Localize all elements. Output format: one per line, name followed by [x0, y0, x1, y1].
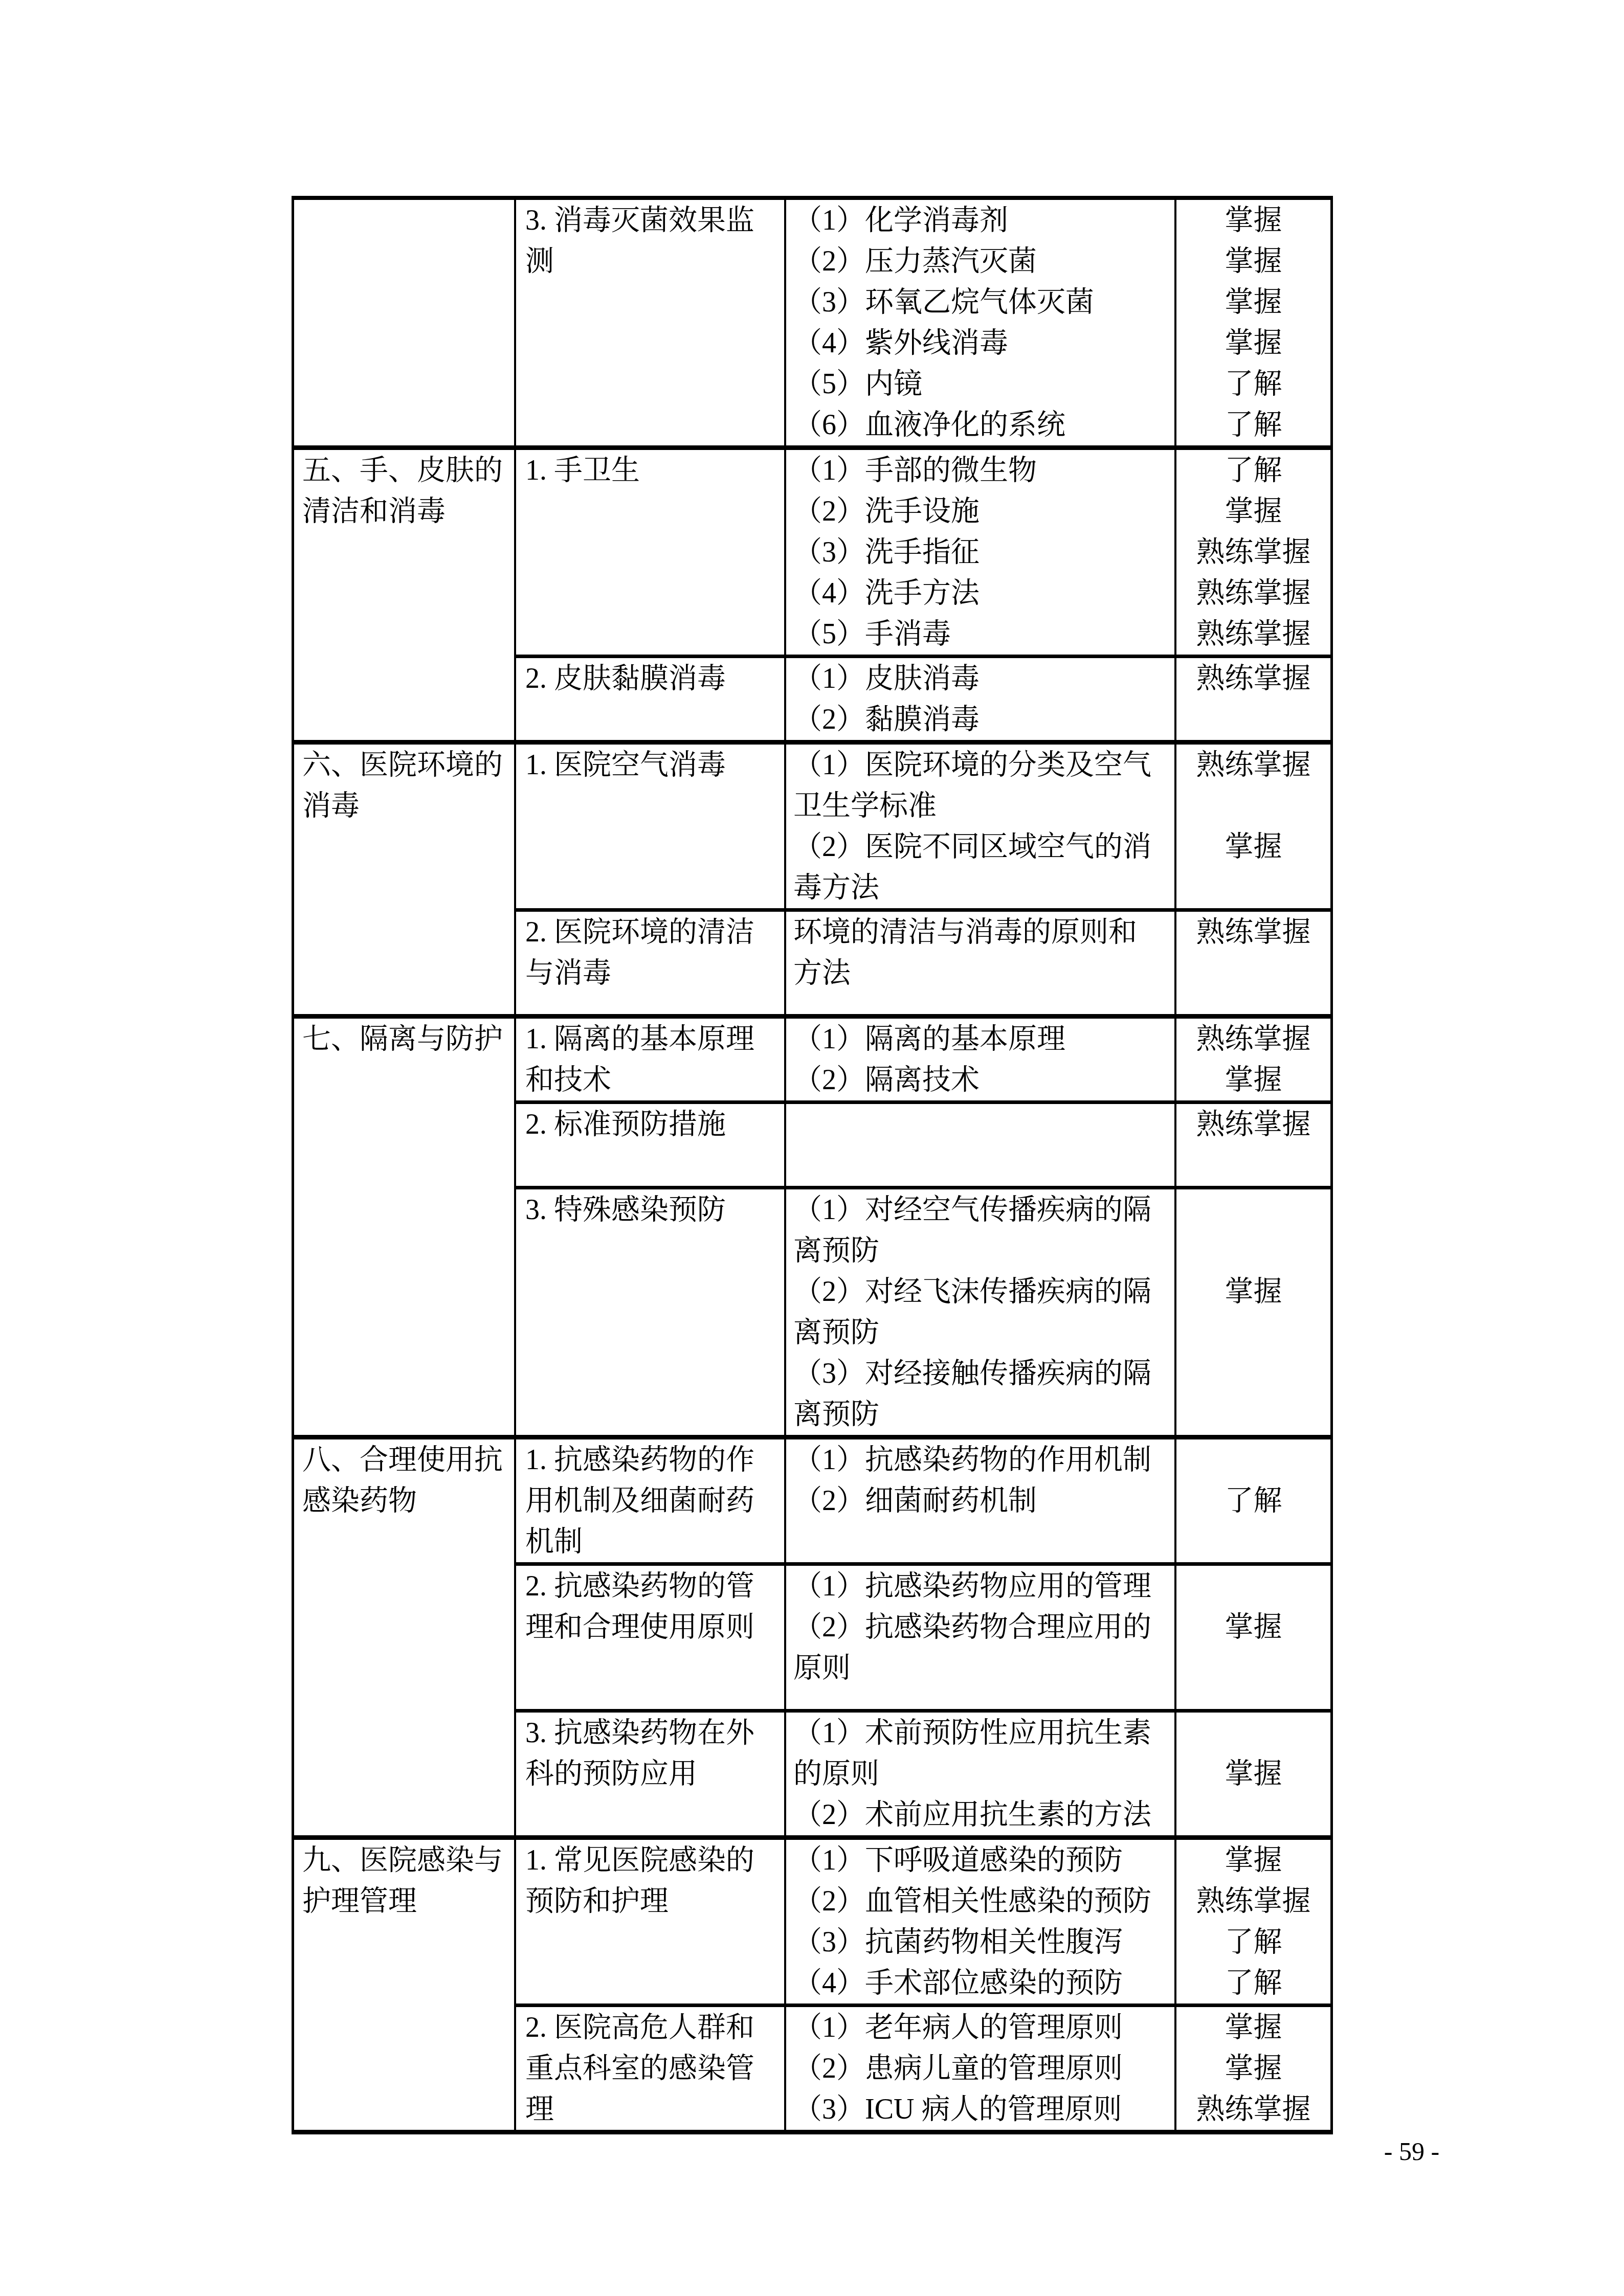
topic-line: 2. 抗感染药物的管	[525, 1566, 784, 1607]
category-line: 八、合理使用抗	[302, 1439, 514, 1480]
mastery-level-line: 掌握	[1176, 1753, 1330, 1794]
topic-cell: 2. 抗感染药物的管理和合理使用原则	[516, 1566, 786, 1709]
mastery-level-line	[1176, 1230, 1330, 1271]
topic-line: 2. 医院高危人群和	[525, 2007, 784, 2048]
detail-line: （2）隔离技术	[793, 1060, 1174, 1100]
table-row: 2. 标准预防措施熟练掌握	[516, 1100, 1330, 1186]
level-cell: 掌握掌握熟练掌握	[1176, 2007, 1330, 2130]
table-section: 七、隔离与防护1. 隔离的基本原理和技术（1）隔离的基本原理（2）隔离技术熟练掌…	[294, 1014, 1330, 1435]
mastery-level-line: 掌握	[1176, 1840, 1330, 1881]
section-subrows: 1. 常见医院感染的预防和护理（1）下呼吸道感染的预防（2）血管相关性感染的预防…	[516, 1840, 1330, 2130]
details-cell: （1）对经空气传播疾病的隔离预防（2）对经飞沫传播疾病的隔离预防（3）对经接触传…	[786, 1189, 1176, 1435]
table-row: 1. 隔离的基本原理和技术（1）隔离的基本原理（2）隔离技术熟练掌握掌握	[516, 1019, 1330, 1100]
details-cell: （1）化学消毒剂（2）压力蒸汽灭菌（3）环氧乙烷气体灭菌（4）紫外线消毒（5）内…	[786, 200, 1176, 445]
detail-line: （4）洗手方法	[793, 573, 1174, 614]
mastery-level-line: 掌握	[1176, 282, 1330, 323]
topic-line: 2. 皮肤黏膜消毒	[525, 658, 784, 699]
detail-line: （5）手消毒	[793, 614, 1174, 655]
details-cell: （1）老年病人的管理原则（2）患病儿童的管理原则（3）ICU 病人的管理原则	[786, 2007, 1176, 2130]
mastery-level-line: 熟练掌握	[1176, 614, 1330, 655]
category-cell: 六、医院环境的消毒	[294, 745, 516, 1014]
table-row: 1. 常见医院感染的预防和护理（1）下呼吸道感染的预防（2）血管相关性感染的预防…	[516, 1840, 1330, 2004]
details-cell: （1）抗感染药物应用的管理（2）抗感染药物合理应用的原则	[786, 1566, 1176, 1709]
detail-line: （4）手术部位感染的预防	[793, 1963, 1174, 2004]
detail-line: （2）术前应用抗生素的方法	[793, 1794, 1174, 1835]
details-cell: 环境的清洁与消毒的原则和方法	[786, 912, 1176, 1014]
table-section: 六、医院环境的消毒1. 医院空气消毒（1）医院环境的分类及空气卫生学标准（2）医…	[294, 740, 1330, 1014]
category-cell: 五、手、皮肤的清洁和消毒	[294, 450, 516, 740]
topic-line: 3. 消毒灭菌效果监	[525, 200, 784, 241]
topic-line: 科的预防应用	[525, 1753, 784, 1794]
topic-line: 1. 常见医院感染的	[525, 1840, 784, 1881]
topic-line: 1. 隔离的基本原理	[525, 1019, 784, 1060]
mastery-level-line	[1176, 785, 1330, 826]
table-row: 1. 抗感染药物的作用机制及细菌耐药机制（1）抗感染药物的作用机制（2）细菌耐药…	[516, 1439, 1330, 1562]
mastery-level-line: 了解	[1176, 364, 1330, 404]
detail-line: 离预防	[793, 1230, 1174, 1271]
detail-line: （3）洗手指征	[793, 532, 1174, 573]
details-cell: （1）隔离的基本原理（2）隔离技术	[786, 1019, 1176, 1100]
topic-cell: 1. 抗感染药物的作用机制及细菌耐药机制	[516, 1439, 786, 1562]
detail-line: （1）抗感染药物的作用机制	[793, 1439, 1174, 1480]
mastery-level-line: 熟练掌握	[1176, 658, 1330, 699]
category-line: 护理管理	[302, 1881, 514, 1922]
table-row: 2. 抗感染药物的管理和合理使用原则（1）抗感染药物应用的管理（2）抗感染药物合…	[516, 1562, 1330, 1709]
topic-line: 3. 抗感染药物在外	[525, 1713, 784, 1753]
mastery-level-line: 掌握	[1176, 1060, 1330, 1100]
level-cell: 掌握	[1176, 1189, 1330, 1435]
category-line: 六、医院环境的	[302, 745, 514, 785]
topic-line: 3. 特殊感染预防	[525, 1189, 784, 1230]
detail-line: （2）血管相关性感染的预防	[793, 1881, 1174, 1922]
mastery-level-line: 了解	[1176, 1963, 1330, 2004]
detail-line: （6）血液净化的系统	[793, 404, 1174, 445]
mastery-level-line: 掌握	[1176, 2048, 1330, 2089]
topic-line: 与消毒	[525, 953, 784, 994]
detail-line: （2）黏膜消毒	[793, 699, 1174, 740]
mastery-level-line: 了解	[1176, 404, 1330, 445]
table-row: 1. 手卫生（1）手部的微生物（2）洗手设施（3）洗手指征（4）洗手方法（5）手…	[516, 450, 1330, 655]
topic-cell: 2. 医院高危人群和重点科室的感染管理	[516, 2007, 786, 2130]
detail-line: （2）细菌耐药机制	[793, 1480, 1174, 1521]
topic-cell: 2. 标准预防措施	[516, 1104, 786, 1186]
detail-line: （1）老年病人的管理原则	[793, 2007, 1174, 2048]
mastery-level-line: 熟练掌握	[1176, 1881, 1330, 1922]
category-line: 感染药物	[302, 1480, 514, 1521]
mastery-level-line: 熟练掌握	[1176, 573, 1330, 614]
level-cell: 熟练掌握	[1176, 912, 1330, 1014]
table-section: 3. 消毒灭菌效果监测（1）化学消毒剂（2）压力蒸汽灭菌（3）环氧乙烷气体灭菌（…	[294, 200, 1330, 445]
details-cell: （1）手部的微生物（2）洗手设施（3）洗手指征（4）洗手方法（5）手消毒	[786, 450, 1176, 655]
detail-line: 的原则	[793, 1753, 1174, 1794]
category-line: 九、医院感染与	[302, 1840, 514, 1881]
section-subrows: 1. 医院空气消毒（1）医院环境的分类及空气卫生学标准（2）医院不同区域空气的消…	[516, 745, 1330, 1014]
topic-cell: 3. 消毒灭菌效果监测	[516, 200, 786, 445]
category-line: 清洁和消毒	[302, 491, 514, 532]
topic-line: 2. 标准预防措施	[525, 1104, 784, 1145]
table-row: 2. 医院高危人群和重点科室的感染管理（1）老年病人的管理原则（2）患病儿童的管…	[516, 2004, 1330, 2130]
category-cell	[294, 200, 516, 445]
section-subrows: 1. 抗感染药物的作用机制及细菌耐药机制（1）抗感染药物的作用机制（2）细菌耐药…	[516, 1439, 1330, 1835]
mastery-level-line: 熟练掌握	[1176, 745, 1330, 785]
detail-line: （1）医院环境的分类及空气	[793, 745, 1174, 785]
detail-line: 卫生学标准	[793, 785, 1174, 826]
detail-line: （5）内镜	[793, 364, 1174, 404]
mastery-level-line: 熟练掌握	[1176, 1019, 1330, 1060]
table-section: 八、合理使用抗感染药物1. 抗感染药物的作用机制及细菌耐药机制（1）抗感染药物的…	[294, 1435, 1330, 1835]
category-line: 五、手、皮肤的	[302, 450, 514, 491]
category-cell: 九、医院感染与护理管理	[294, 1840, 516, 2130]
mastery-level-line: 熟练掌握	[1176, 532, 1330, 573]
detail-line: （2）抗感染药物合理应用的	[793, 1607, 1174, 1648]
table-row: 3. 抗感染药物在外科的预防应用（1）术前预防性应用抗生素的原则（2）术前应用抗…	[516, 1709, 1330, 1835]
table-section: 九、医院感染与护理管理1. 常见医院感染的预防和护理（1）下呼吸道感染的预防（2…	[294, 1835, 1330, 2130]
level-cell: 了解	[1176, 1439, 1330, 1562]
level-cell: 熟练掌握	[1176, 1104, 1330, 1186]
detail-line: 离预防	[793, 1394, 1174, 1435]
detail-line: （1）抗感染药物应用的管理	[793, 1566, 1174, 1607]
detail-line: 原则	[793, 1648, 1174, 1689]
topic-cell: 3. 抗感染药物在外科的预防应用	[516, 1713, 786, 1835]
category-cell: 八、合理使用抗感染药物	[294, 1439, 516, 1835]
syllabus-table: 3. 消毒灭菌效果监测（1）化学消毒剂（2）压力蒸汽灭菌（3）环氧乙烷气体灭菌（…	[292, 196, 1333, 2134]
detail-line: （3）环氧乙烷气体灭菌	[793, 282, 1174, 323]
details-cell	[786, 1104, 1176, 1186]
detail-line: （1）对经空气传播疾病的隔	[793, 1189, 1174, 1230]
section-subrows: 1. 手卫生（1）手部的微生物（2）洗手设施（3）洗手指征（4）洗手方法（5）手…	[516, 450, 1330, 740]
topic-line: 机制	[525, 1521, 784, 1562]
category-cell: 七、隔离与防护	[294, 1019, 516, 1435]
detail-line: （1）化学消毒剂	[793, 200, 1174, 241]
level-cell: 掌握	[1176, 1713, 1330, 1835]
table-row: 3. 消毒灭菌效果监测（1）化学消毒剂（2）压力蒸汽灭菌（3）环氧乙烷气体灭菌（…	[516, 200, 1330, 445]
topic-cell: 2. 皮肤黏膜消毒	[516, 658, 786, 740]
level-cell: 熟练掌握	[1176, 658, 1330, 740]
level-cell: 掌握	[1176, 1566, 1330, 1709]
level-cell: 掌握掌握掌握掌握了解了解	[1176, 200, 1330, 445]
details-cell: （1）抗感染药物的作用机制（2）细菌耐药机制	[786, 1439, 1176, 1562]
section-subrows: 1. 隔离的基本原理和技术（1）隔离的基本原理（2）隔离技术熟练掌握掌握2. 标…	[516, 1019, 1330, 1435]
topic-line: 1. 手卫生	[525, 450, 784, 491]
topic-line: 1. 医院空气消毒	[525, 745, 784, 785]
mastery-level-line: 熟练掌握	[1176, 1104, 1330, 1145]
detail-line: （2）对经飞沫传播疾病的隔	[793, 1271, 1174, 1312]
detail-line: （3）抗菌药物相关性腹泻	[793, 1922, 1174, 1963]
mastery-level-line: 熟练掌握	[1176, 2089, 1330, 2130]
detail-line: （1）皮肤消毒	[793, 658, 1174, 699]
detail-line: 方法	[793, 953, 1174, 994]
section-subrows: 3. 消毒灭菌效果监测（1）化学消毒剂（2）压力蒸汽灭菌（3）环氧乙烷气体灭菌（…	[516, 200, 1330, 445]
topic-line: 2. 医院环境的清洁	[525, 912, 784, 953]
detail-line: （1）隔离的基本原理	[793, 1019, 1174, 1060]
detail-line: 环境的清洁与消毒的原则和	[793, 912, 1174, 953]
detail-line: （1）手部的微生物	[793, 450, 1174, 491]
level-cell: 了解掌握熟练掌握熟练掌握熟练掌握	[1176, 450, 1330, 655]
mastery-level-line: 了解	[1176, 1922, 1330, 1963]
mastery-level-line: 掌握	[1176, 2007, 1330, 2048]
detail-line: 离预防	[793, 1312, 1174, 1353]
mastery-level-line: 掌握	[1176, 241, 1330, 282]
topic-cell: 3. 特殊感染预防	[516, 1189, 786, 1435]
details-cell: （1）皮肤消毒（2）黏膜消毒	[786, 658, 1176, 740]
mastery-level-line: 掌握	[1176, 200, 1330, 241]
topic-line: 和技术	[525, 1060, 784, 1100]
details-cell: （1）术前预防性应用抗生素的原则（2）术前应用抗生素的方法	[786, 1713, 1176, 1835]
topic-cell: 1. 手卫生	[516, 450, 786, 655]
mastery-level-line: 掌握	[1176, 491, 1330, 532]
topic-line: 重点科室的感染管	[525, 2048, 784, 2089]
topic-cell: 1. 医院空气消毒	[516, 745, 786, 908]
detail-line: （1）术前预防性应用抗生素	[793, 1713, 1174, 1753]
topic-cell: 1. 常见医院感染的预防和护理	[516, 1840, 786, 2004]
detail-line: （3）ICU 病人的管理原则	[793, 2089, 1174, 2130]
mastery-level-line	[1176, 1189, 1330, 1230]
topic-cell: 2. 医院环境的清洁与消毒	[516, 912, 786, 1014]
category-line: 消毒	[302, 785, 514, 826]
mastery-level-line: 了解	[1176, 450, 1330, 491]
table-row: 2. 医院环境的清洁与消毒环境的清洁与消毒的原则和方法熟练掌握	[516, 908, 1330, 1014]
mastery-level-line: 了解	[1176, 1480, 1330, 1521]
topic-line: 测	[525, 241, 784, 282]
detail-line: （2）医院不同区域空气的消	[793, 826, 1174, 867]
table-row: 3. 特殊感染预防（1）对经空气传播疾病的隔离预防（2）对经飞沫传播疾病的隔离预…	[516, 1186, 1330, 1435]
details-cell: （1）医院环境的分类及空气卫生学标准（2）医院不同区域空气的消毒方法	[786, 745, 1176, 908]
detail-line: （3）对经接触传播疾病的隔	[793, 1353, 1174, 1394]
topic-cell: 1. 隔离的基本原理和技术	[516, 1019, 786, 1100]
table-section: 五、手、皮肤的清洁和消毒1. 手卫生（1）手部的微生物（2）洗手设施（3）洗手指…	[294, 445, 1330, 740]
detail-line: （2）洗手设施	[793, 491, 1174, 532]
details-cell: （1）下呼吸道感染的预防（2）血管相关性感染的预防（3）抗菌药物相关性腹泻（4）…	[786, 1840, 1176, 2004]
detail-line: 毒方法	[793, 867, 1174, 908]
mastery-level-line: 掌握	[1176, 1607, 1330, 1648]
level-cell: 掌握熟练掌握了解了解	[1176, 1840, 1330, 2004]
level-cell: 熟练掌握 掌握	[1176, 745, 1330, 908]
page-number: - 59 -	[1361, 2136, 1463, 2166]
detail-line: （4）紫外线消毒	[793, 323, 1174, 364]
mastery-level-line	[1176, 1713, 1330, 1753]
topic-line: 理	[525, 2089, 784, 2130]
table-row: 1. 医院空气消毒（1）医院环境的分类及空气卫生学标准（2）医院不同区域空气的消…	[516, 745, 1330, 908]
mastery-level-line: 熟练掌握	[1176, 912, 1330, 953]
level-cell: 熟练掌握掌握	[1176, 1019, 1330, 1100]
mastery-level-line: 掌握	[1176, 323, 1330, 364]
detail-line: （2）压力蒸汽灭菌	[793, 241, 1174, 282]
table-row: 2. 皮肤黏膜消毒（1）皮肤消毒（2）黏膜消毒熟练掌握	[516, 655, 1330, 740]
detail-line: （1）下呼吸道感染的预防	[793, 1840, 1174, 1881]
topic-line: 1. 抗感染药物的作	[525, 1439, 784, 1480]
category-line: 七、隔离与防护	[302, 1019, 514, 1060]
mastery-level-line	[1176, 1566, 1330, 1607]
mastery-level-line: 掌握	[1176, 826, 1330, 867]
mastery-level-line: 掌握	[1176, 1271, 1330, 1312]
topic-line: 理和合理使用原则	[525, 1607, 784, 1648]
topic-line: 用机制及细菌耐药	[525, 1480, 784, 1521]
topic-line: 预防和护理	[525, 1881, 784, 1922]
mastery-level-line	[1176, 1439, 1330, 1480]
detail-line: （2）患病儿童的管理原则	[793, 2048, 1174, 2089]
